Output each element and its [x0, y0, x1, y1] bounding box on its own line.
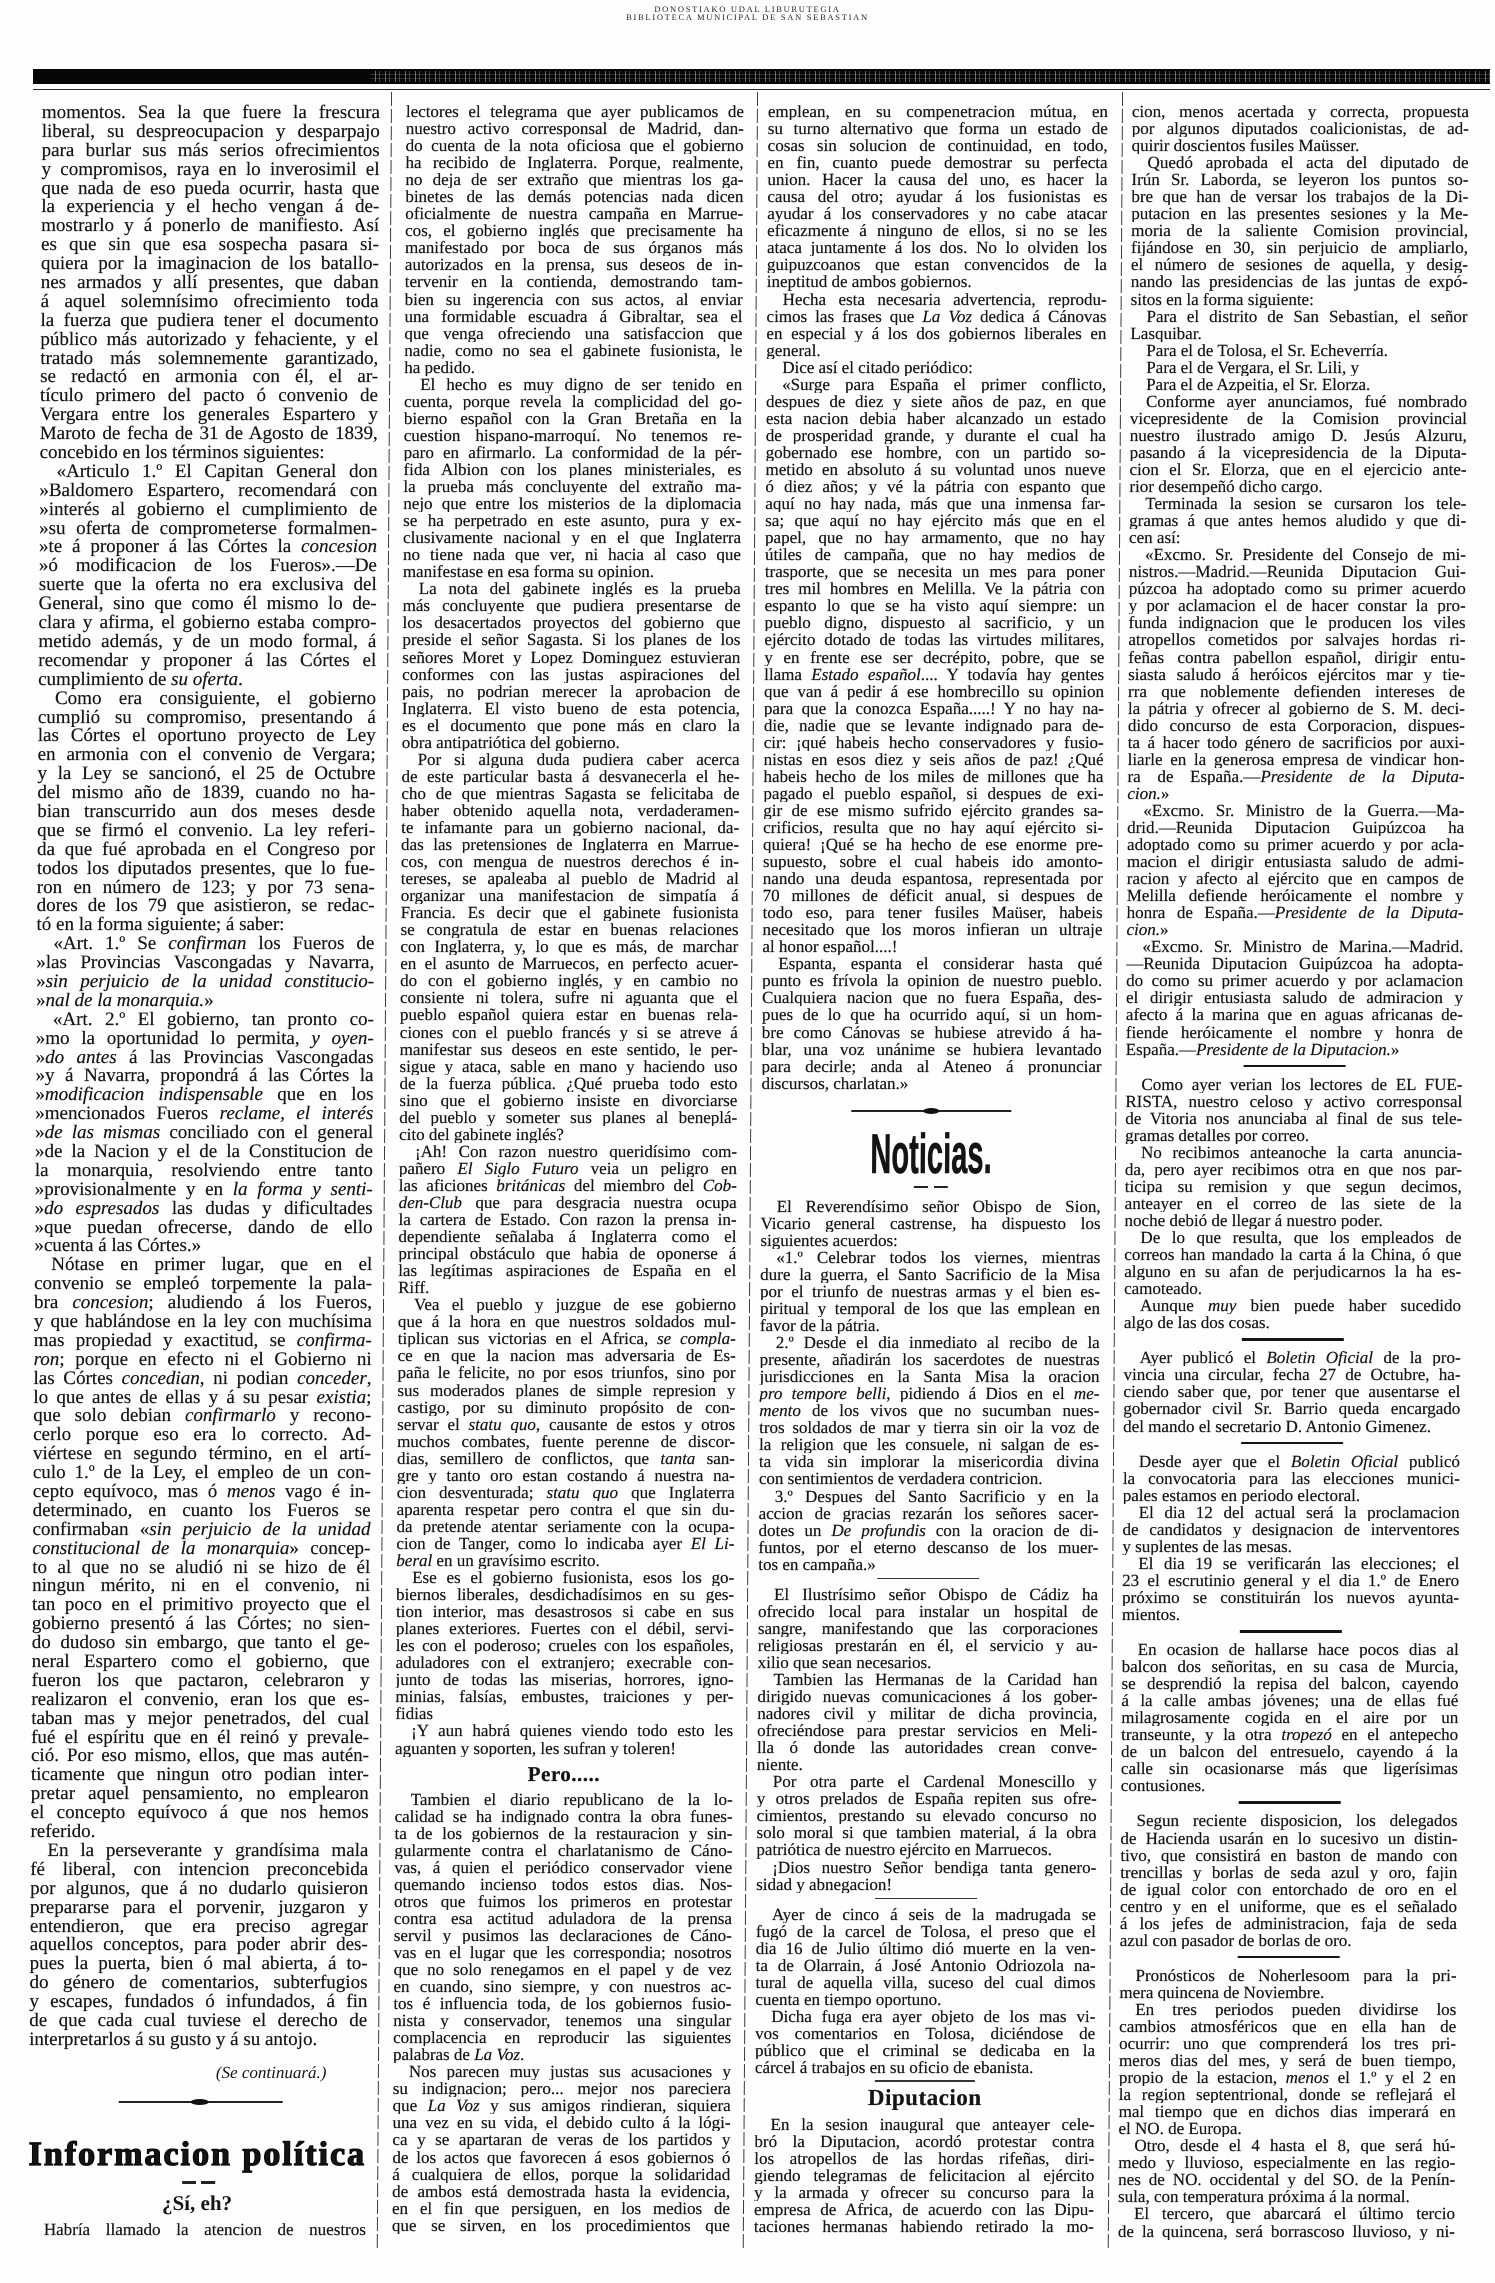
paragraph: Hecha esta necesaria advertencia, reprod… — [766, 291, 1106, 359]
italic-text: Presidente de la Diputa- — [1260, 768, 1464, 785]
text-line: noche debió de llegar á nuestro poder. — [1125, 1212, 1462, 1229]
text-line: »cuenta á las Córtes.» — [34, 1237, 372, 1256]
italic-text: concesion — [301, 538, 377, 557]
text-line: por algunos diputados coalicionistas, de… — [1132, 120, 1469, 137]
italic-text: statu quo — [546, 1484, 618, 1501]
italic-text: La Voz — [428, 2097, 480, 2114]
text-line: nadie, como no sea el gabinete fusionist… — [404, 342, 742, 359]
text-line: pales estamos en periodo electoral. — [1123, 1487, 1460, 1504]
text-line: pais, no podrian merecer la aprobacion d… — [402, 683, 740, 700]
text-line: aparenta respetar pero contra el que sin… — [397, 1501, 735, 1518]
column-2: lectores el telegrama que ayer publicamo… — [392, 103, 744, 2234]
text-line: pagado el pueblo español, si despues de … — [763, 785, 1103, 802]
text-line: Hecha esta necesaria advertencia, reprod… — [767, 291, 1107, 308]
text-line: de igual color con entorchado de oro en … — [1120, 1881, 1457, 1898]
text-line: Dice así el citado periódico: — [766, 359, 1106, 376]
text-line: »provisionalmente y en la forma y senti- — [35, 1181, 373, 1200]
text-line: Como era consiguiente, el gobierno — [38, 690, 376, 709]
text-line: se redactó en armonia con él, el ar- — [40, 368, 378, 387]
paragraph: cion, menos acertada y correcta, propues… — [1132, 103, 1469, 154]
text-line: pues de lo que ha ocurrido aquí, si un h… — [762, 1006, 1102, 1023]
text-line: lo que antes de ellas y á su pesar exist… — [33, 1389, 371, 1408]
paragraph: ¡Ah! Con razon nuestro queridísimo com-p… — [398, 1143, 737, 1296]
text-line: á cualquiera de ellos, porque la solidar… — [392, 2166, 730, 2183]
text-line: «Art. 2.º El gobierno, tan pronto co- — [36, 1011, 374, 1030]
italic-text: do antes — [45, 1049, 117, 1068]
column-divider — [377, 92, 392, 2250]
text-line: union. Hacer la causa del uno, es hacer … — [767, 171, 1107, 188]
italic-text: tropezó — [1281, 1726, 1332, 1743]
text-line: mientos. — [1122, 1606, 1459, 1623]
text-line: no tiene nada que ver, ni hacia al caso … — [403, 546, 741, 563]
text-line: drid.—Reunida Diputacion Guipúzcoa ha — [1127, 819, 1464, 836]
text-line: tereses, se apaleaba al pueblo de Madrid… — [401, 870, 739, 887]
text-line: para decirle; anda al Ateneo á pronuncia… — [762, 1058, 1102, 1075]
text-line: quirir doscientos fusiles Maüsser. — [1132, 137, 1469, 154]
text-line: Ayer publicó el Boletin Oficial de la pr… — [1124, 1349, 1461, 1366]
text-line: ra de España.—Presidente de la Diputa- — [1127, 768, 1464, 785]
text-line: se desprendió la repisa del balcon, caye… — [1121, 1675, 1458, 1692]
paragraph: No recibimos anteanoche la carta anuncia… — [1125, 1144, 1463, 1229]
text-line: El dia 12 del actual será la proclamacio… — [1123, 1504, 1460, 1521]
paragraph: Nótase en primer lugar, que en elconveni… — [30, 1256, 372, 1842]
text-line: cion desventurada; statu quo que Inglate… — [397, 1484, 735, 1501]
text-line: á aquel solemnísimo ofrecimiento toda — [41, 293, 379, 312]
text-line: cumplió su compromiso, presentando á — [38, 709, 376, 728]
text-line: presente, añadirán los sacerdotes de nue… — [760, 1351, 1100, 1368]
double-dash-separator — [914, 1186, 948, 1188]
text-line: concebido en los términos siguientes: — [40, 444, 378, 463]
text-line: para burlar sus más serios ofrecimientos — [42, 142, 380, 161]
paragraph: «1.º Celebrar todos los viernes, mientra… — [760, 1249, 1101, 1334]
text-line: »mo la oportunidad lo permita, y oyen- — [36, 1030, 374, 1049]
separator-rule — [1122, 1623, 1459, 1641]
text-line: Otro, desde el 4 hasta el 8, que será hú… — [1118, 2137, 1455, 2154]
italic-text: y oyen- — [311, 1030, 374, 1049]
text-line: cho de que mientras Sagasta se felicitab… — [401, 785, 739, 802]
text-line: mas propiedad y exactitud, se confirma- — [34, 1332, 372, 1351]
text-line: rior desempeñó dicho cargo. — [1129, 478, 1466, 495]
paragraph: Ayer publicó el Boletin Oficial de la pr… — [1123, 1349, 1461, 1434]
text-line: la prueba más concluyente del extraño ma… — [403, 478, 741, 495]
text-line: fidias — [395, 1705, 733, 1722]
article-first-line: Habría llamado la atencion de nuestros — [28, 2221, 366, 2238]
text-line: nadores civil y militar de dicha provinc… — [757, 1705, 1097, 1722]
text-line: dores de los 79 que asistieron, se redac… — [37, 897, 375, 916]
text-line: niente. — [757, 1756, 1097, 1773]
text-line: y por aclamacion el de hacer constar la … — [1129, 597, 1466, 614]
text-line: quiera por la imaginacion de los batallo… — [41, 255, 379, 274]
heading-text: Diputacion — [755, 2086, 1095, 2110]
text-line: necesitado que los moros infieran un ult… — [762, 921, 1102, 938]
paragraph: 3.º Despues del Santo Sacrificio y en la… — [758, 1488, 1099, 1573]
italic-text: Presidente de la Diputa- — [1275, 904, 1464, 921]
text-line: Francia. Es decir que el gabinete fusion… — [401, 904, 739, 921]
text-line: eficazmente á ninguno de ellos, si no se… — [767, 222, 1107, 239]
text-line: referido. — [30, 1823, 368, 1842]
text-line: do dudoso sin embargo, que tanto el ge- — [32, 1634, 370, 1653]
text-line: do género de comentarios, subterfugios — [29, 1974, 367, 1993]
text-line: pueblo español quiera estar en buenas re… — [400, 1006, 738, 1023]
text-line: las legítimas aspiraciones de España en … — [398, 1262, 736, 1279]
text-line: trencillas y borlas de seda azul y oro, … — [1120, 1864, 1457, 1881]
rule-line — [1238, 1801, 1340, 1804]
text-line: »su oferta de comprometerse formalmen- — [39, 520, 377, 539]
paragraph: Ese es el gobierno fusionista, esos los … — [395, 1569, 734, 1722]
paragraph: 2.º Desde el dia inmediato al recibo de … — [759, 1334, 1100, 1487]
italic-text: la forma y senti- — [233, 1181, 373, 1200]
text-line: la pátria y ofrecer al gobierno de S. M.… — [1128, 700, 1465, 717]
text-line: transeunte, y la otra tropezó en el ante… — [1121, 1726, 1458, 1743]
italic-text: tanta — [660, 1450, 695, 1467]
text-line: aquí no hay nada, más que una inmensa fa… — [765, 495, 1105, 512]
italic-text: La Voz — [922, 308, 972, 325]
paragraph: Pronósticos de Noherlesoom para la pri-m… — [1119, 1967, 1456, 2001]
double-dash-separator — [182, 2181, 215, 2184]
text-line: consiente ni tolera, sufre ni aguanta qu… — [400, 989, 738, 1006]
text-line: bró la Diputacion, acordó protestar cont… — [754, 2133, 1094, 2150]
text-line: llama Estado español.... Y todavía hay g… — [764, 666, 1104, 683]
text-line: que se firmó el convenio. La ley referi- — [37, 822, 375, 841]
paragraph: «Excmo. Sr. Ministro de la Guerra.—Ma-dr… — [1126, 802, 1464, 938]
text-line: cen así: — [1129, 529, 1466, 546]
text-line: fueron los que pactaron, celebraron y — [31, 1672, 369, 1691]
text-line: tos é influencia toda, de los gobiernos … — [393, 1995, 731, 2012]
paragraph: Conforme ayer anunciamos, fué nombradovi… — [1129, 393, 1467, 495]
text-line: metido además, y de un modo formal, á — [38, 633, 376, 652]
paragraph: «Articulo 1.º El Capitan General don»Bal… — [38, 463, 378, 690]
text-line: España.—Presidente de la Diputacion.» — [1126, 1041, 1463, 1058]
italic-text: británicas — [496, 1177, 565, 1194]
text-line: los desacertados proyectos del gobierno … — [402, 614, 740, 631]
section-title: Noticias. — [842, 1131, 1019, 1177]
text-line: tivo, que consistirá en baston de mando … — [1120, 1847, 1457, 1864]
text-line: ¡Ah! Con razon nuestro queridísimo com- — [399, 1143, 737, 1160]
text-line: la fuerza que pudiera tener el documento — [40, 312, 378, 331]
text-line: atropellos cometidos por salvajes hordas… — [1128, 631, 1465, 648]
text-line: calidad se ha indignado contra la obra f… — [395, 1808, 733, 1825]
italic-text: El Siglo Futuro — [457, 1160, 578, 1177]
italic-text: cion. — [1126, 921, 1160, 938]
text-line: favor de la pátria. — [760, 1317, 1100, 1334]
text-line: una formidable escuadra á Gibraltar, sea… — [405, 308, 743, 325]
text-line: cion de Tanger, como lo indicaba ayer El… — [396, 1535, 734, 1552]
text-line: se congratula de estar en buenas relacio… — [400, 921, 738, 938]
paragraph: Vea el pueblo y juzgue de ese gobiernoqu… — [396, 1296, 736, 1569]
ornamental-rule — [851, 1110, 1011, 1112]
text-line: moria de la saliente Comision provincial… — [1131, 222, 1468, 239]
text-line: ningun mérito, ni en el convenio, ni — [32, 1577, 370, 1596]
text-line: dotes un De profundis con la oracion de … — [758, 1522, 1098, 1539]
text-line: púzcoa ha adoptado como su primer acuerd… — [1129, 580, 1466, 597]
italic-text: constitucional de la monarquia — [32, 1540, 289, 1559]
italic-text: menos — [1286, 2069, 1330, 2086]
text-line: recomendar y proponer á las Córtes el — [38, 652, 376, 671]
text-line: pañero El Siglo Futuro veia un peligro e… — [399, 1160, 737, 1177]
text-line: biernos liberales, desdichadísimos en su… — [396, 1586, 734, 1603]
separator-rule — [758, 1573, 1098, 1586]
text-line: to al que no se aludió ni se hizo de él — [32, 1559, 370, 1578]
text-line: En tres periodos pueden dividirse los — [1119, 2001, 1456, 2018]
text-line: Melilla defiende heróicamente el nombre … — [1127, 887, 1464, 904]
text-line: sula, con temperatura próxima á la norma… — [1118, 2188, 1455, 2205]
text-line: y compromisos, raya en lo inverosimil el — [41, 161, 379, 180]
text-line: pretar aquel pensamiento, no emplearon — [31, 1785, 369, 1804]
text-line: Tambien el diario republicano de la lo- — [395, 1791, 733, 1808]
text-line: el número de sesiones de aquella, y desi… — [1131, 256, 1468, 273]
text-line: El hecho es muy digno de ser tenido en — [404, 376, 742, 393]
text-line: el concepto equívoco á que nos hemos — [31, 1804, 369, 1823]
text-line: sidad y abnegacion! — [756, 1876, 1096, 1893]
text-line: cosas sin solucion de continuidad, en to… — [768, 137, 1108, 154]
text-line: La nota del gabinete inglés es la prueba — [403, 580, 741, 597]
text-line: do como su primer acuerdo y por aclamaci… — [1126, 972, 1463, 989]
text-line: milagrosamente cogida en el aire por un — [1121, 1709, 1458, 1726]
text-line: feñas contra pabellon español, dirigir e… — [1128, 649, 1465, 666]
paragraph: momentos. Sea la que fuere la frescurali… — [40, 104, 380, 463]
text-line: dependiente señalaba á Inglaterra como e… — [398, 1228, 736, 1245]
text-line: nes armados y allí presentes, que daban — [41, 274, 379, 293]
text-line: pues la puerta, bien ó mal abierta, á to… — [30, 1955, 368, 1974]
text-line: da, pero ayer recibimos otra en que nos … — [1125, 1161, 1462, 1178]
text-line: autorizados en la prensa, sus deseos de … — [405, 256, 743, 273]
rule-line — [1241, 1338, 1343, 1341]
text-line: Espanta, espanta el considerar hasta qué — [762, 955, 1102, 972]
paragraph: lectores el telegrama que ayer publicamo… — [404, 103, 744, 376]
text-line: aguanten y soporten, les sufran y tolere… — [395, 1740, 733, 1757]
italic-text: La Voz — [474, 2046, 520, 2063]
text-line: gobernado ese hombre, con un partido so- — [766, 444, 1106, 461]
text-line: afecto á la marina que en aguas africana… — [1126, 1006, 1463, 1023]
italic-text: mento — [759, 1402, 801, 1419]
text-line: cos, con mengua de nuestros derechos é i… — [401, 853, 739, 870]
text-line: «Excmo. Sr. Ministro de la Guerra.—Ma- — [1127, 802, 1464, 819]
text-line: para que la conozca España.....! Y no ha… — [764, 700, 1104, 717]
text-line: Pronósticos de Noherlesoom para la pri- — [1120, 1967, 1457, 1984]
text-line: y otros prelados de España repiten sus o… — [757, 1790, 1097, 1807]
italic-text: concesion — [72, 1294, 148, 1313]
text-line: Inglaterra. El visto bueno de esta poten… — [402, 700, 740, 717]
text-line: cos, el gobierno inglés que precisamente… — [405, 222, 743, 239]
text-line: de un balcon del entresuelo, cayendo á l… — [1121, 1743, 1458, 1760]
text-line: accion de gracias rezarán los señores sa… — [759, 1505, 1099, 1522]
text-line: haber obtenido aquella nota, verdaderame… — [401, 802, 739, 819]
text-line: con Inglaterra, y, lo que es más, de mar… — [400, 938, 738, 955]
article-title: ¿Sí, eh? — [28, 2192, 366, 2214]
text-line: del pueblo y someter sus planes al benep… — [399, 1109, 737, 1126]
rule-line — [1243, 1065, 1345, 1068]
separator-rule — [1121, 1794, 1458, 1812]
rule-line — [877, 1578, 979, 1580]
text-line: «1.º Celebrar todos los viernes, mientra… — [760, 1249, 1100, 1266]
text-line: complacencia en reproducir las siguiente… — [393, 2029, 731, 2046]
rule-line — [1239, 1630, 1341, 1633]
text-line: que se sirven, en los procedimientos que — [392, 2217, 730, 2234]
text-line: »Baldomero Espartero, recomendará con — [39, 482, 377, 501]
text-line: tratado más solemnemente garantizado, — [40, 350, 378, 369]
paragraph: El dia 19 se verificarán las elecciones;… — [1122, 1555, 1459, 1623]
paragraph: ¡Dios nuestro Señor bendiga tanta genero… — [756, 1859, 1096, 1893]
text-line: bian transcurrido aun dos meses desde — [37, 803, 375, 822]
text-line: Desde ayer que el Boletin Oficial public… — [1123, 1453, 1460, 1470]
paragraph: El dia 12 del actual será la proclamacio… — [1122, 1504, 1459, 1555]
text-line: cuenta en tiempo oportuno. — [755, 1991, 1095, 2008]
text-line: Vergara entre los generales Espartero y — [40, 406, 378, 425]
paragraph: Desde ayer que el Boletin Oficial public… — [1123, 1453, 1460, 1504]
text-line: que solo debian confirmarlo y recono- — [33, 1407, 371, 1426]
text-line: discursos, charlatan.» — [761, 1075, 1101, 1092]
text-line: siasta saludo á heróicos ejércitos mar y… — [1128, 666, 1465, 683]
text-line: la convocatoria para las elecciones muni… — [1123, 1470, 1460, 1487]
text-line: El dia 19 se verificarán las elecciones;… — [1122, 1555, 1459, 1572]
text-line: manifestar sus deseos en este sentido, l… — [400, 1041, 738, 1058]
text-line: 23 el escrutinio general y el dia 1.º de… — [1122, 1572, 1459, 1589]
text-line: el NO. de Europa. — [1118, 2120, 1455, 2137]
text-line: gularmente contra el charlatanismo de Cá… — [394, 1842, 732, 1859]
text-line: bre que han de versar los trabajos de la… — [1131, 188, 1468, 205]
text-line: meros dias del mes, y será de buen tiemp… — [1119, 2052, 1456, 2069]
paragraph: En ocasion de hallarse hace pocos dias a… — [1121, 1641, 1459, 1794]
text-line: sigue y ataca, sable en mano y haciendo … — [400, 1058, 738, 1075]
italic-text: sin perjuicio de la unidad constitucio- — [46, 973, 375, 992]
paragraph: Aunque muy bien puede haber sucedidoalgo… — [1124, 1297, 1461, 1331]
text-line: nuestro activo corresponsal de Madrid, d… — [406, 120, 744, 137]
text-line: realizaron el convenio, eran los que es- — [31, 1691, 369, 1710]
text-line: ¡Y aun habrá quienes viendo todo esto le… — [395, 1722, 733, 1739]
text-line: clara y afirma, el gobierno estaba compr… — [38, 614, 376, 633]
text-line: racion y afecto al ejército que en campo… — [1127, 870, 1464, 887]
section-header-noticias: Noticias. — [761, 1092, 1102, 1198]
text-line: vos comentarios en Tolosa, diciéndose de — [755, 2025, 1095, 2042]
text-line: Para el distrito de San Sebastian, el se… — [1131, 308, 1468, 325]
text-line: tó en la forma siguiente; á saber: — [36, 916, 374, 935]
italic-text: den-Club — [399, 1194, 462, 1211]
text-line: tículo primero del pacto ó convenio de — [40, 387, 378, 406]
text-line: quemando incienso todos estos dias. Nos- — [394, 1876, 732, 1893]
text-line: ca y se apartaran de veras de los partid… — [392, 2131, 730, 2148]
text-line: liarle en la generosa empresa de vindica… — [1128, 751, 1465, 768]
text-line: pro tempore belli, pidiendo á Dios en el… — [759, 1385, 1099, 1402]
paragraph: Dicha fuga era ayer objeto de los mas vi… — [755, 2008, 1095, 2076]
text-line: nistas en esos diez y seis años de paz! … — [764, 751, 1104, 768]
text-line: En ocasion de hallarse hace pocos dias a… — [1122, 1641, 1459, 1658]
text-line: supuesto, sobre el cual habeis ido amont… — [763, 853, 1103, 870]
text-line: próximo se constituirán los nuevos ayunt… — [1122, 1589, 1459, 1606]
text-line: de los actos que favorecen á esos gobier… — [392, 2149, 730, 2166]
italic-text: existia — [316, 1389, 366, 1408]
paragraph: Espanta, espanta el considerar hasta qué… — [761, 955, 1102, 1091]
text-line: beral en un gravísimo escrito. — [396, 1552, 734, 1569]
paragraph: «Art. 1.º Se confirman los Fueros de»las… — [36, 935, 375, 1011]
text-line: la cartera de Estado. Con razon la prens… — [399, 1211, 737, 1228]
text-line: cumplimiento de su oferta. — [38, 671, 376, 690]
text-line: causa del otro; ayudar á los fusionistas… — [767, 188, 1107, 205]
text-line: Aunque muy bien puede haber sucedido — [1124, 1297, 1461, 1314]
text-line: del mismo año de 1839, cuando no ha- — [37, 784, 375, 803]
text-line: Para el de Tolosa, el Sr. Echeverría. — [1130, 342, 1467, 359]
paragraph: ¡Y aun habrá quienes viendo todo esto le… — [395, 1722, 733, 1756]
text-line: taciones hermanas habiendo retirado la m… — [754, 2218, 1094, 2235]
paragraph: Por otra parte el Cardenal Monescillo yy… — [756, 1773, 1097, 1858]
text-line: clusivamente nacional y en el que Inglat… — [403, 529, 741, 546]
text-line: Dicha fuga era ayer objeto de los mas vi… — [755, 2008, 1095, 2025]
paragraph: Tambien las Hermanas de la Caridad handi… — [757, 1671, 1098, 1773]
text-line: nes de NO. occidental y del SO. de la Pe… — [1118, 2171, 1455, 2188]
text-line: giendo telegramas de felicitacion al ejé… — [754, 2167, 1094, 2184]
text-line: gramas á que antes hemos aludido y que d… — [1129, 512, 1466, 529]
text-line: sino que el gobierno insiste en divorcia… — [399, 1092, 737, 1109]
text-line: cion.» — [1126, 921, 1463, 938]
text-line: gir de ese mismo sufrido ejército grande… — [763, 802, 1103, 819]
text-line: las Córtes concedian, ni podian conceder… — [33, 1370, 371, 1389]
italic-text: menos — [227, 1483, 276, 1502]
text-line: »de la Nacion y el de la Constitucion de — [35, 1143, 373, 1162]
text-line: que no solo renegamos en el papel y de v… — [394, 1961, 732, 1978]
text-line: la monarquia, resolviendo entre tanto — [35, 1162, 373, 1181]
text-line: religiosas prestarán en él, el servicio … — [758, 1637, 1098, 1654]
text-line: «Art. 1.º Se confirman los Fueros de — [36, 935, 374, 954]
text-line: público más autorizado y fehaciente, y e… — [40, 331, 378, 350]
text-line: En la perseverante y grandísima mala — [30, 1842, 368, 1861]
text-line: »do antes á las Provincias Vascongadas — [36, 1049, 374, 1068]
text-line: en armonia con el convenio de Vergara; — [38, 746, 376, 765]
text-line: cir: ¡qué habeis hecho conservadores y f… — [764, 734, 1104, 751]
text-line: ce en que la nacion mas adversaria de Es… — [398, 1347, 736, 1364]
text-line: »las Provincias Vascongadas y Navarra, — [36, 954, 374, 973]
paragraph: Tambien el diario republicano de la lo-c… — [393, 1791, 733, 2064]
paragraph: emplean, en su compenetracion mútua, ens… — [767, 103, 1108, 291]
text-line: habeis hecho de los miles de millones qu… — [763, 768, 1103, 785]
italic-text: do espresados — [44, 1200, 159, 1219]
text-line: dias, semillero de conflictos, que tanta… — [397, 1450, 735, 1467]
text-line: lectores el telegrama que ayer publicamo… — [406, 103, 744, 120]
text-line: mostrarlo y á ponerlo de manifiesto. Así — [41, 217, 379, 236]
italic-text: muy — [1208, 1297, 1236, 1314]
text-line: calle sin ocasionarse más que ligerísima… — [1121, 1760, 1458, 1777]
paragraph: En la perseverante y grandísima malafé l… — [29, 1842, 368, 2050]
text-line: aduladores con el extranjero; execrable … — [396, 1654, 734, 1671]
column-1: momentos. Sea la que fuere la frescurali… — [29, 104, 380, 2050]
text-line: da pretende atentar seriamente con la oc… — [396, 1518, 734, 1535]
text-line: Como ayer verian los lectores de EL FUE- — [1125, 1076, 1462, 1093]
text-line: putacion en las presentes sesiones y la … — [1131, 205, 1468, 222]
text-line: cepto equívoco, mas ó menos vago é in- — [33, 1483, 371, 1502]
text-line: funda indignacion que le producen los vi… — [1128, 614, 1465, 631]
text-line: »y á Navarra, propondrá á las Córtes la — [35, 1067, 373, 1086]
text-line: suerte que la oferta no era exclusiva de… — [39, 576, 377, 595]
text-line: les con el poderoso; crueles con los esp… — [396, 1637, 734, 1654]
text-line: pueblo digno, dispuesto al sacrificio, y… — [764, 614, 1104, 631]
text-line: en especial y á los dos gobiernos libera… — [766, 325, 1106, 342]
text-line: conformes con las justas aspiraciones de… — [402, 666, 740, 683]
separator-rule — [1120, 1949, 1457, 1967]
text-line: General, sino que como él mismo lo de- — [39, 595, 377, 614]
paragraph: Como era consiguiente, el gobiernocumpli… — [36, 690, 376, 936]
italic-text: De profundis — [831, 1522, 926, 1539]
text-line: ó diez años; y vé la pátria con espanto … — [765, 478, 1105, 495]
text-line: Quedó aprobada el acta del diputado de — [1132, 154, 1469, 171]
text-line: solo moral si que tambien material, á la… — [756, 1824, 1096, 1841]
text-line: público que el criminal se dedicaba en l… — [755, 2042, 1095, 2059]
text-line: quiera! ¡Qué se ha hecho de ese enorme p… — [763, 836, 1103, 853]
text-line: »que puedan ofrecerse, dando de ello — [34, 1219, 372, 1238]
text-line: Ayer de cinco á seis de la madrugada se — [756, 1906, 1096, 1923]
text-line: do cuenta de la nota oficiosa que el gob… — [406, 137, 744, 154]
text-line: vas, á quien el periódico conservador vi… — [394, 1859, 732, 1876]
text-line: junto de todas las miserias, horrores, i… — [395, 1671, 733, 1688]
text-line: sangre, manifestando que las corporacion… — [758, 1620, 1098, 1637]
italic-text: me- — [1074, 1385, 1100, 1402]
